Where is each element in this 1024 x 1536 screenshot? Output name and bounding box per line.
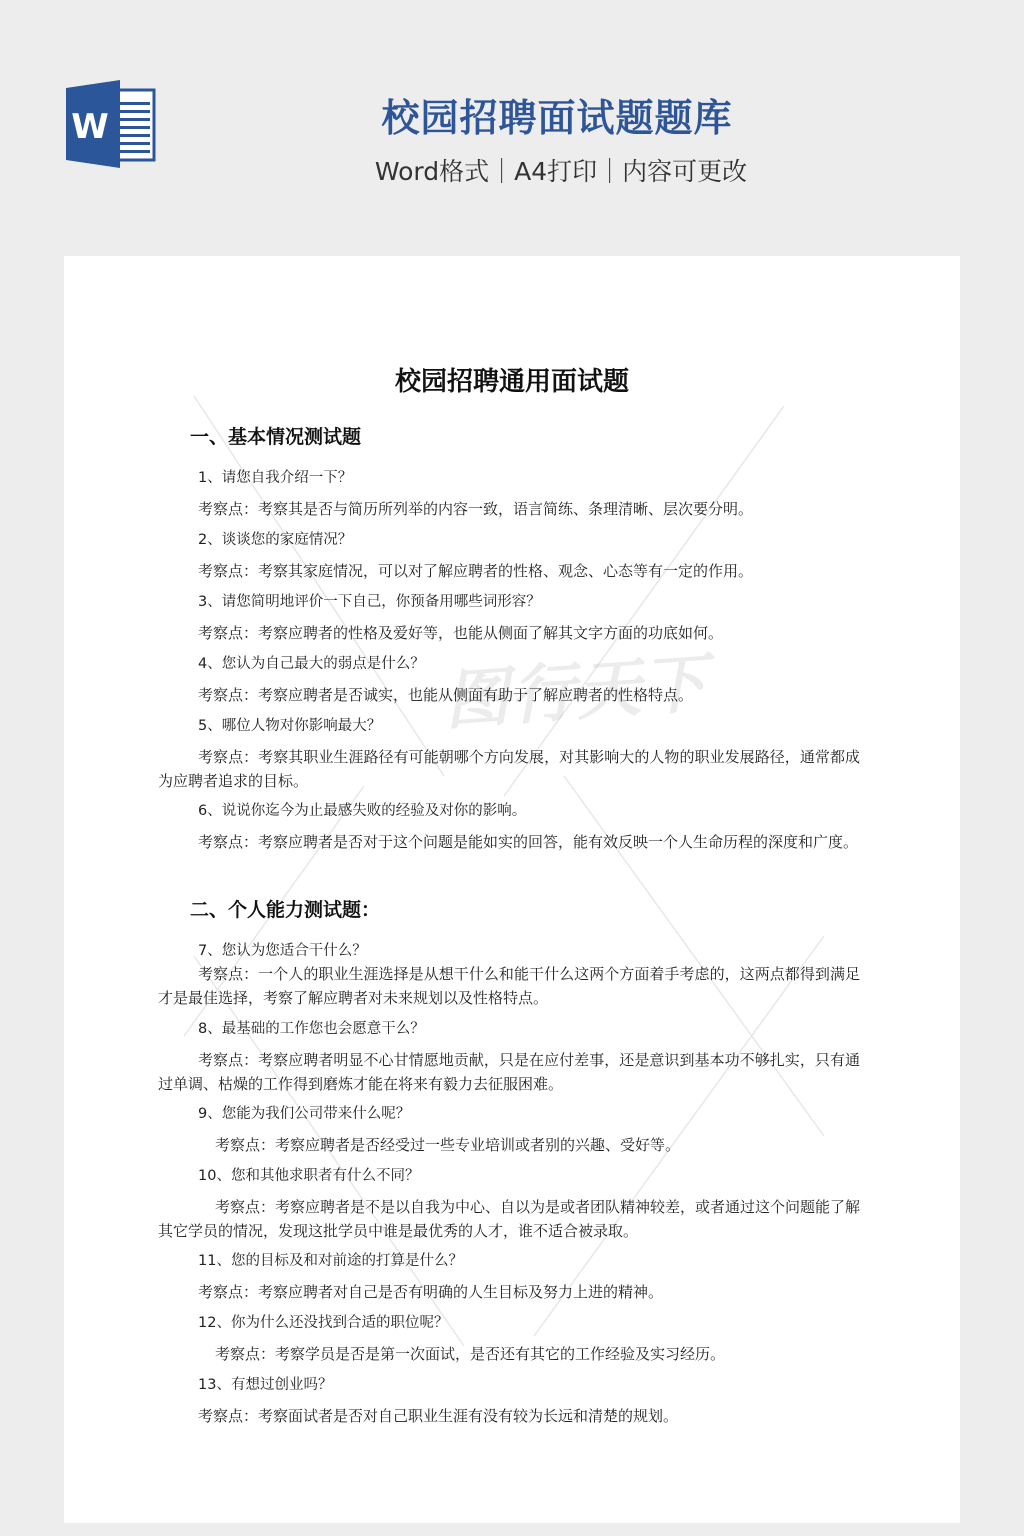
question: 10、您和其他求职者有什么不同？: [198, 1165, 419, 1187]
answer: 考察点：考察应聘者的性格及爱好等，也能从侧面了解其文字方面的功底如何。: [198, 622, 723, 644]
answer: 考察点：考察应聘者明显不心甘情愿地贡献，只是在应付差事，还是意识到基本功不够扎实…: [158, 1048, 860, 1096]
answer: 考察点：考察应聘者是否诚实，也能从侧面有助于了解应聘者的性格特点。: [198, 684, 693, 706]
question: 2、谈谈您的家庭情况？: [198, 529, 352, 551]
answer: 考察点：考察应聘者对自己是否有明确的人生目标及努力上进的精神。: [198, 1281, 663, 1303]
section-heading: 二、个人能力测试题：: [190, 896, 380, 924]
question: 8、最基础的工作您也会愿意干么？: [198, 1018, 425, 1040]
question: 7、您认为您适合干什么？: [198, 940, 367, 962]
question: 1、请您自我介绍一下？: [198, 467, 352, 489]
question: 11、您的目标及和对前途的打算是什么？: [198, 1250, 463, 1272]
question: 4、您认为自己最大的弱点是什么？: [198, 653, 425, 675]
section-heading: 一、基本情况测试题: [190, 423, 361, 451]
answer: 考察点：考察其家庭情况，可以对了解应聘者的性格、观念、心态等有一定的作用。: [198, 560, 753, 582]
answer: 考察点：一个人的职业生涯选择是从想干什么和能干什么这两个方面着手考虑的，这两点都…: [158, 962, 860, 1010]
answer: 考察点：考察其是否与简历所列举的内容一致，语言简练、条理清晰、层次要分明。: [198, 498, 753, 520]
answer: 考察点：考察面试者是否对自己职业生涯有没有较为长远和清楚的规划。: [198, 1405, 678, 1427]
header-title: 校园招聘面试题题库: [0, 92, 1024, 144]
question: 9、您能为我们公司带来什么呢？: [198, 1103, 410, 1125]
header-subtitle: Word格式｜A4打印｜内容可更改: [0, 154, 1024, 190]
question: 6、说说你迄今为止最感失败的经验及对你的影响。: [198, 800, 526, 822]
question: 12、你为什么还没找到合适的职位呢？: [198, 1312, 448, 1334]
question: 13、有想过创业吗？: [198, 1374, 332, 1396]
document-title: 校园招聘通用面试题: [64, 364, 960, 400]
document-page: 图行天下 校园招聘通用面试题 一、基本情况测试题 1、请您自我介绍一下？ 考察点…: [64, 256, 960, 1523]
answer: 考察点：考察应聘者是否对于这个问题是能如实的回答，能有效反映一个人生命历程的深度…: [158, 830, 860, 854]
question: 3、请您简明地评价一下自己，你预备用哪些词形容？: [198, 591, 541, 613]
answer: 考察点：考察其职业生涯路径有可能朝哪个方向发展，对其影响大的人物的职业发展路径，…: [158, 745, 860, 793]
answer: 考察点：考察学员是否是第一次面试，是否还有其它的工作经验及实习经历。: [215, 1343, 725, 1365]
answer: 考察点：考察应聘者是不是以自我为中心、自以为是或者团队精神较差，或者通过这个问题…: [158, 1195, 860, 1243]
answer: 考察点：考察应聘者是否经受过一些专业培训或者别的兴趣、受好等。: [215, 1134, 680, 1156]
question: 5、哪位人物对你影响最大？: [198, 715, 381, 737]
